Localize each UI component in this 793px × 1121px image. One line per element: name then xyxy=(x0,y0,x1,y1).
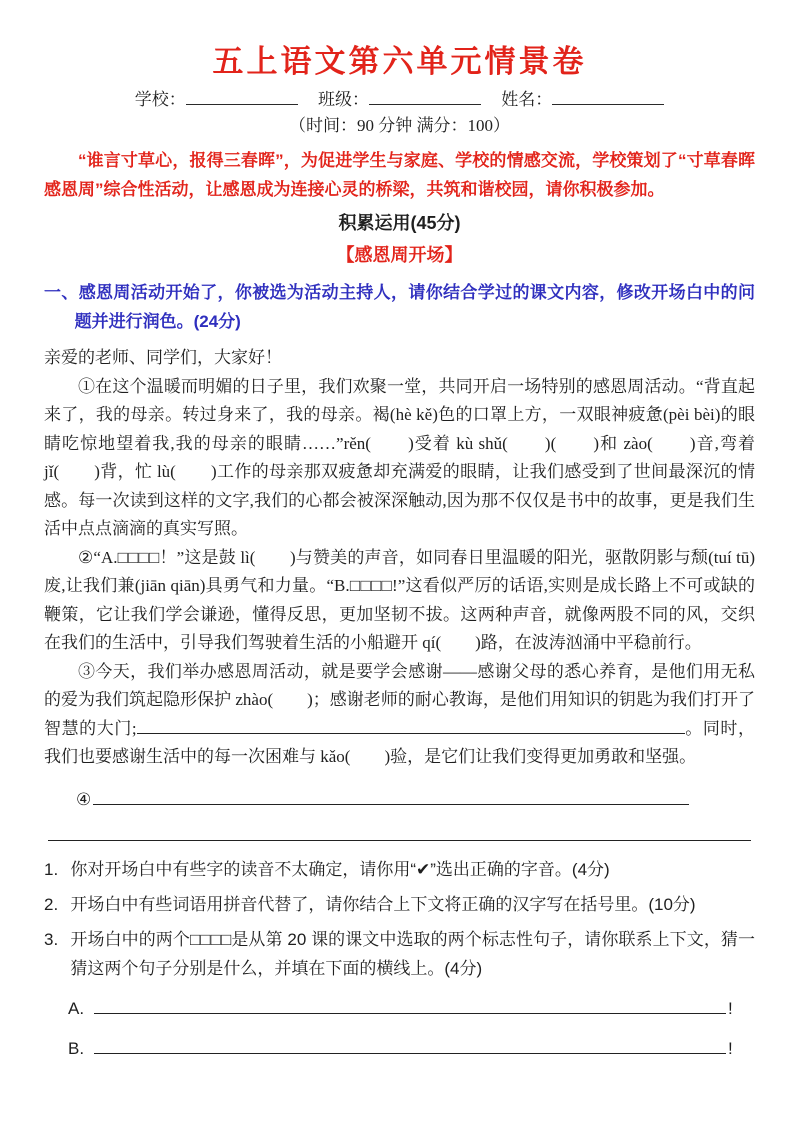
page-title: 五上语文第六单元情景卷 xyxy=(44,42,755,82)
school-blank[interactable] xyxy=(186,89,298,105)
paragraph-3-fill-blank[interactable] xyxy=(137,719,685,734)
question-2-text: 开场白中有些词语用拼音代替了，请你结合上下文将正确的汉字写在括号里。(10分) xyxy=(70,895,695,914)
question-2-number: 2. xyxy=(44,890,70,919)
question-3-number: 3. xyxy=(44,925,70,954)
class-field: 班级： xyxy=(318,90,481,109)
exam-paper-page: 五上语文第六单元情景卷 学校： 班级： 姓名： （时间：90 分钟 满分：100… xyxy=(0,0,793,1121)
answer-b-blank[interactable] xyxy=(94,1038,726,1054)
school-field: 学校： xyxy=(135,90,298,109)
question-list: 1.你对开场白中有些字的读音不太确定，请你用“✔”选出正确的字音。(4分) 2.… xyxy=(44,855,755,1063)
name-blank[interactable] xyxy=(552,89,664,105)
intro-paragraph: “谁言寸草心，报得三春晖”，为促进学生与家庭、学校的情感交流，学校策划了“寸草春… xyxy=(44,146,755,204)
speech-paragraph-3: ③今天，我们举办感恩周活动，就是要学会感谢——感谢父母的悉心养育，是他们用无私的… xyxy=(44,658,755,772)
answer-a-label: A. xyxy=(68,995,94,1023)
question-3-text: 开场白中的两个□□□□是从第 20 课的课文中选取的两个标志性句子，请你联系上下… xyxy=(70,930,755,978)
question-item-1: 1.你对开场白中有些字的读音不太确定，请你用“✔”选出正确的字音。(4分) xyxy=(44,855,755,884)
answer-a-suffix: ! xyxy=(728,999,733,1018)
school-label: 学校： xyxy=(135,90,186,109)
section-stage-title: 【感恩周开场】 xyxy=(44,242,755,268)
question-item-3: 3.开场白中的两个□□□□是从第 20 课的课文中选取的两个标志性句子，请你联系… xyxy=(44,925,755,983)
name-field: 姓名： xyxy=(501,90,664,109)
speech-greeting: 亲爱的老师、同学们，大家好！ xyxy=(44,344,755,373)
class-blank[interactable] xyxy=(369,89,481,105)
blank-line-separator xyxy=(48,840,751,841)
speech-paragraph-1: ①在这个温暖而明媚的日子里，我们欢聚一堂，共同开启一场特别的感恩周活动。“背直起… xyxy=(44,373,755,544)
task-one-lead: 一、感恩周活动开始了，你被选为活动主持人，请你结合学过的课文内容，修改开场白中的… xyxy=(44,278,755,336)
question-1-text: 你对开场白中有些字的读音不太确定，请你用“✔”选出正确的字音。(4分) xyxy=(70,860,609,879)
paragraph-4-fill-blank[interactable] xyxy=(93,789,689,805)
answer-b-suffix: ! xyxy=(728,1039,733,1058)
answer-b-label: B. xyxy=(68,1035,94,1063)
question-item-2: 2.开场白中有些词语用拼音代替了，请你结合上下文将正确的汉字写在括号里。(10分… xyxy=(44,890,755,919)
time-score-line: （时间：90 分钟 满分：100） xyxy=(44,114,755,138)
section-part-title: 积累运用(45分) xyxy=(44,210,755,236)
speech-draft: 亲爱的老师、同学们，大家好！ ①在这个温暖而明媚的日子里，我们欢聚一堂，共同开启… xyxy=(44,344,755,814)
speech-paragraph-2: ②“A.□□□□！”这是鼓 lì( )与赞美的声音，如同春日里温暖的阳光，驱散阴… xyxy=(44,544,755,658)
answer-row-b: B.! xyxy=(68,1035,755,1063)
question-1-number: 1. xyxy=(44,855,70,884)
class-label: 班级： xyxy=(318,90,369,109)
answer-a-blank[interactable] xyxy=(94,998,726,1014)
answer-row-a: A.! xyxy=(68,995,755,1023)
speech-paragraph-4: ④ xyxy=(76,786,755,814)
paragraph-4-marker: ④ xyxy=(76,790,91,809)
student-info-row: 学校： 班级： 姓名： xyxy=(44,88,755,112)
name-label: 姓名： xyxy=(501,90,552,109)
